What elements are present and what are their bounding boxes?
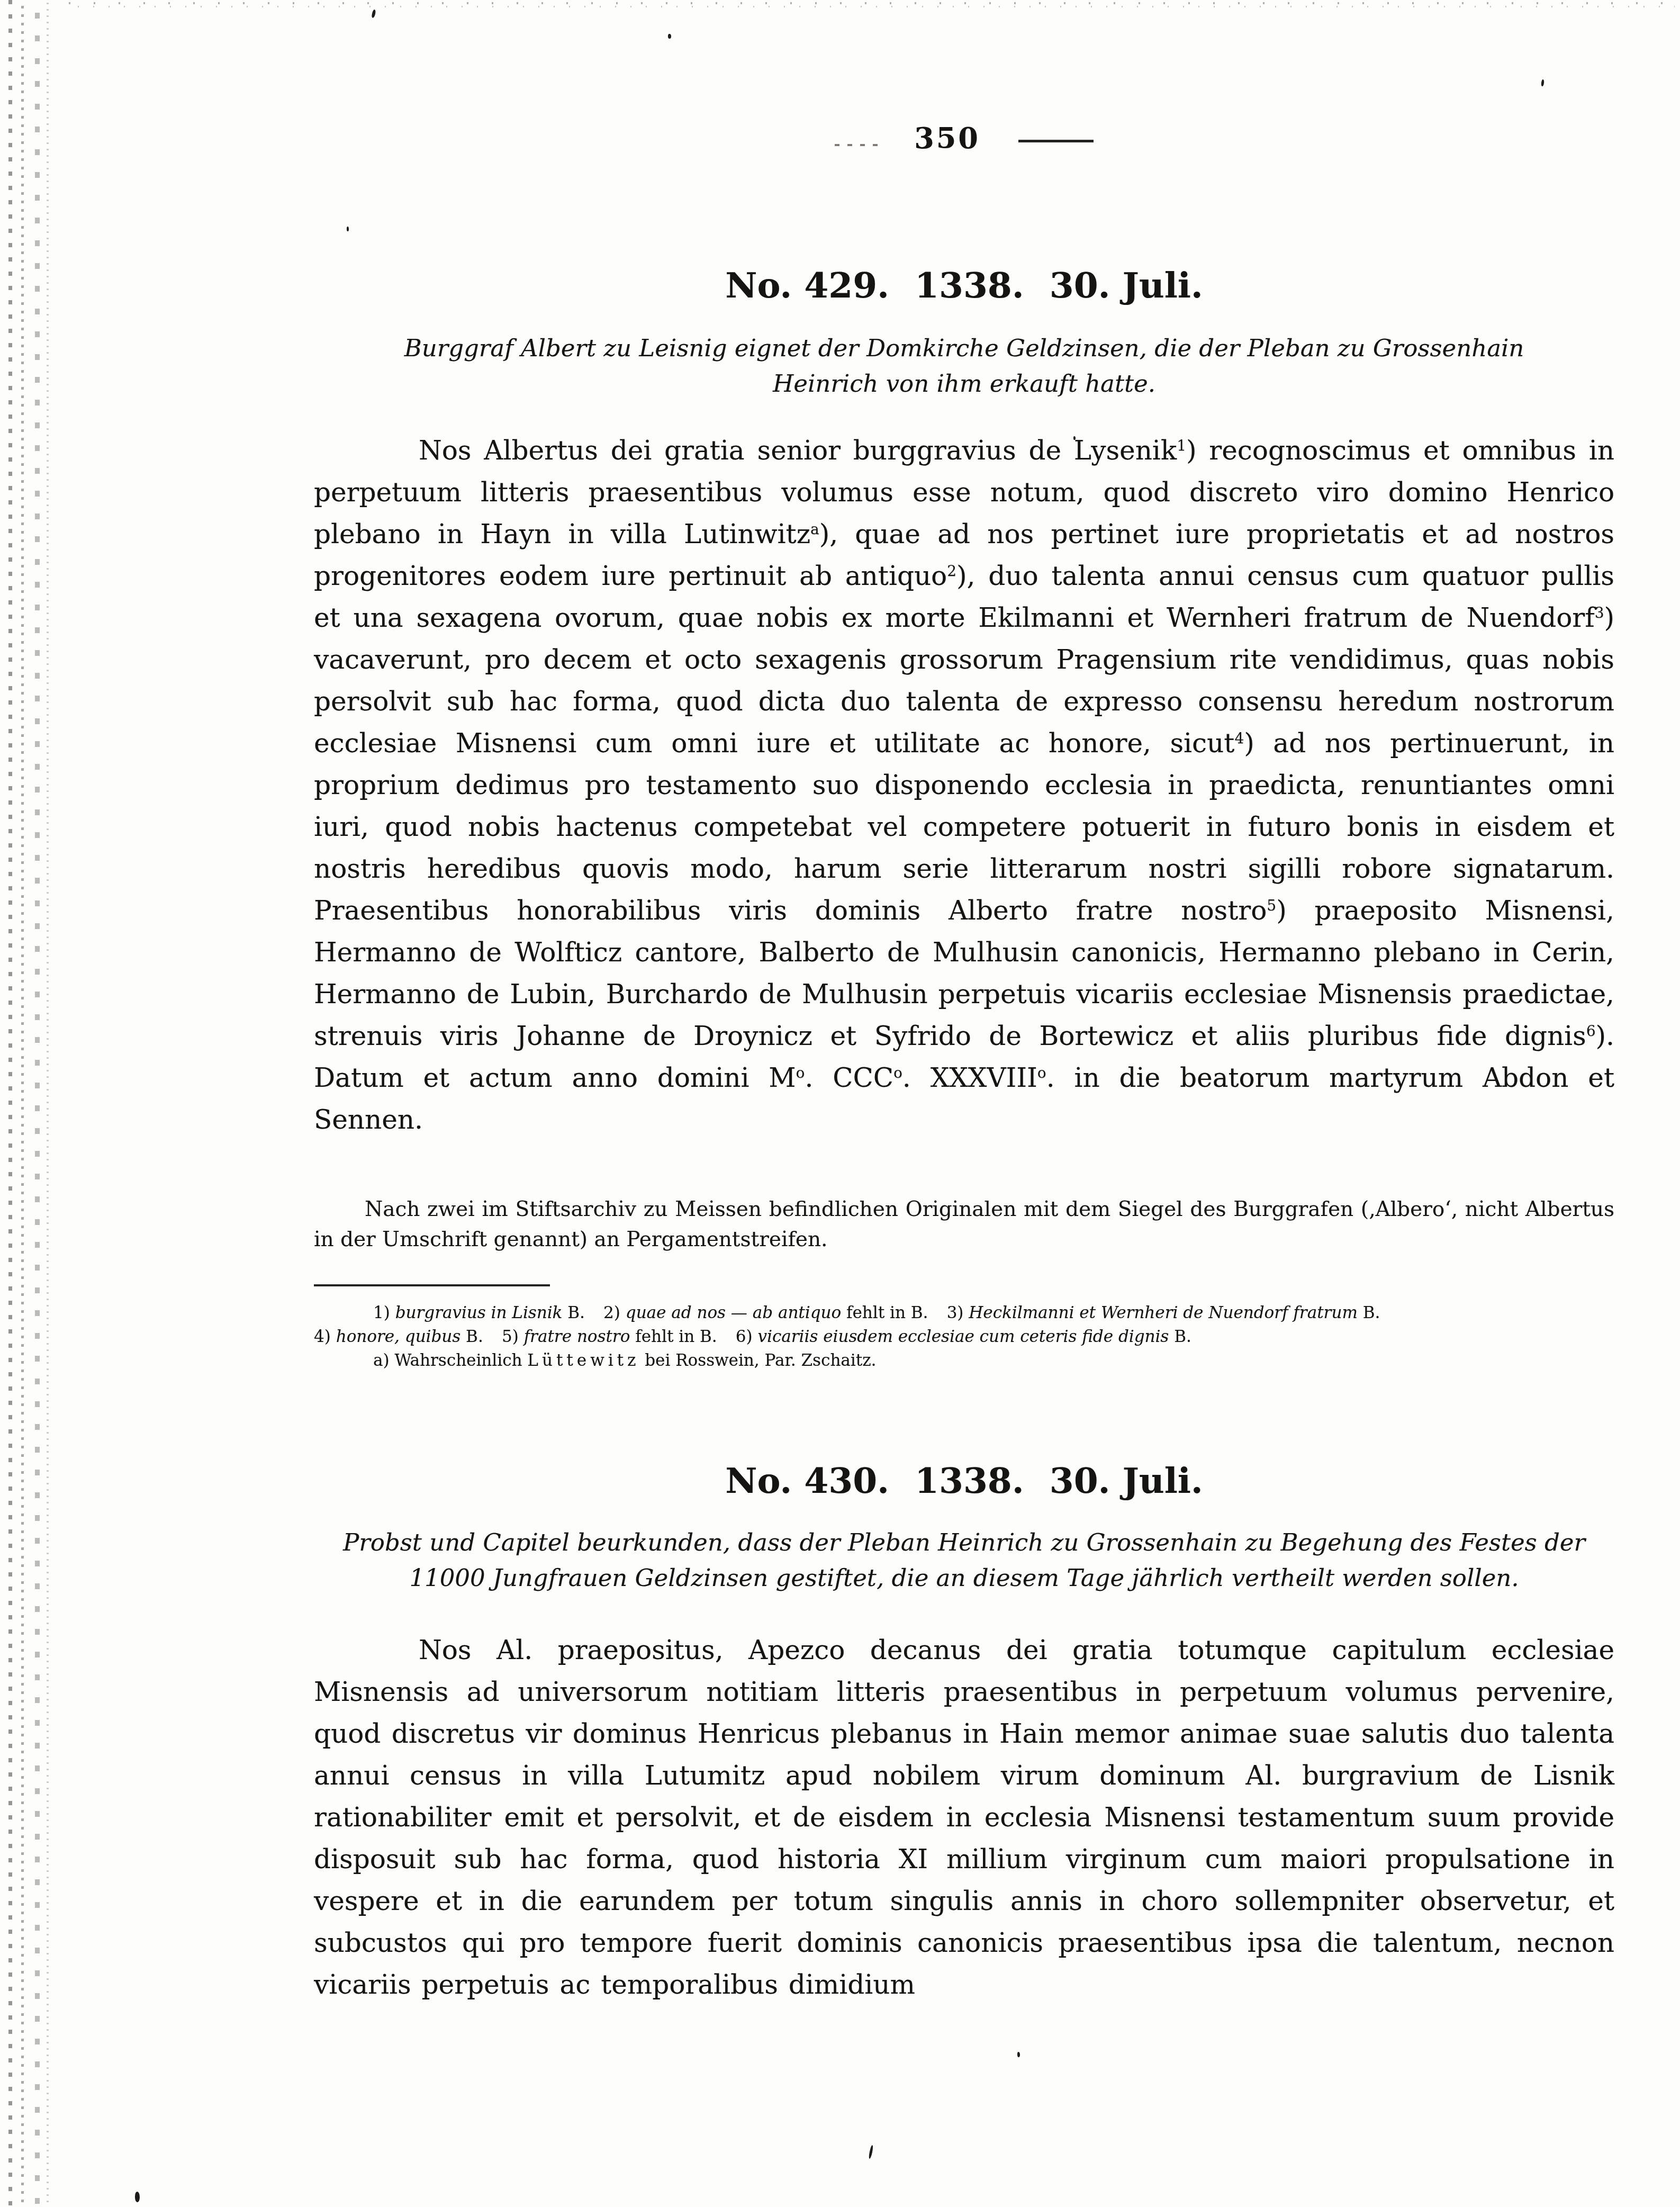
header-dash-left <box>835 144 880 146</box>
header-dash-right <box>1018 140 1094 142</box>
doc429-footnotes: 1) burgravius in Lisnik B. 2) quae ad no… <box>314 1301 1614 1373</box>
doc429-body-text: Nos Albertus dei gratia senior burggravi… <box>314 430 1614 1141</box>
footnote-line-a: a) Wahrscheinlich Lüttewitz bei Rosswein… <box>314 1349 1614 1373</box>
scan-speck <box>135 2192 140 2202</box>
doc429-summary-line2: Heinrich von ihm erkauft hatte. <box>314 366 1614 401</box>
doc430-heading: No. 430. 1338. 30. Juli. <box>314 1463 1614 1498</box>
doc429-date: 30. Juli. <box>1050 268 1203 303</box>
footnote-separator-rule <box>314 1284 550 1286</box>
scan-speck <box>1541 79 1544 87</box>
scan-speck <box>868 2145 873 2159</box>
scan-speck <box>668 34 671 39</box>
page-header: 350 <box>314 124 1614 152</box>
doc430-summary-line1: Probst und Capitel beurkunden, dass der … <box>314 1525 1614 1560</box>
doc429-summary: Burggraf Albert zu Leisnig eignet der Do… <box>314 330 1614 401</box>
scan-binding-edge-noise <box>0 0 59 2207</box>
scan-speck <box>371 10 376 19</box>
page-number: 350 <box>914 124 980 152</box>
scanned-book-page: { "page": { "number": "350" }, "doc429":… <box>0 0 1680 2207</box>
doc429-summary-line1: Burggraf Albert zu Leisnig eignet der Do… <box>314 330 1614 366</box>
doc430-number: No. 430. <box>725 1463 889 1498</box>
doc429-heading: No. 429. 1338. 30. Juli. <box>314 268 1614 303</box>
doc429-provenance-note: Nach zwei im Stiftsarchiv zu Meissen bef… <box>314 1194 1614 1255</box>
footnote-line-1: 1) burgravius in Lisnik B. 2) quae ad no… <box>314 1301 1614 1325</box>
scan-speck <box>1017 2052 1020 2057</box>
scan-top-edge-noise <box>69 2 1675 9</box>
doc429-year: 1338. <box>915 268 1024 303</box>
footnote-line-2: 4) honore, quibus B. 5) fratre nostro fe… <box>314 1325 1614 1349</box>
doc430-date: 30. Juli. <box>1050 1463 1203 1498</box>
scan-speck <box>347 227 349 231</box>
doc430-summary-line2: 11000 Jungfrauen Geldzinsen gestiftet, d… <box>314 1560 1614 1596</box>
doc429-number: No. 429. <box>725 268 889 303</box>
doc430-body-text: Nos Al. praepositus, Apezco decanus dei … <box>314 1629 1614 2006</box>
doc430-year: 1338. <box>915 1463 1024 1498</box>
doc430-summary: Probst und Capitel beurkunden, dass der … <box>314 1525 1614 1596</box>
